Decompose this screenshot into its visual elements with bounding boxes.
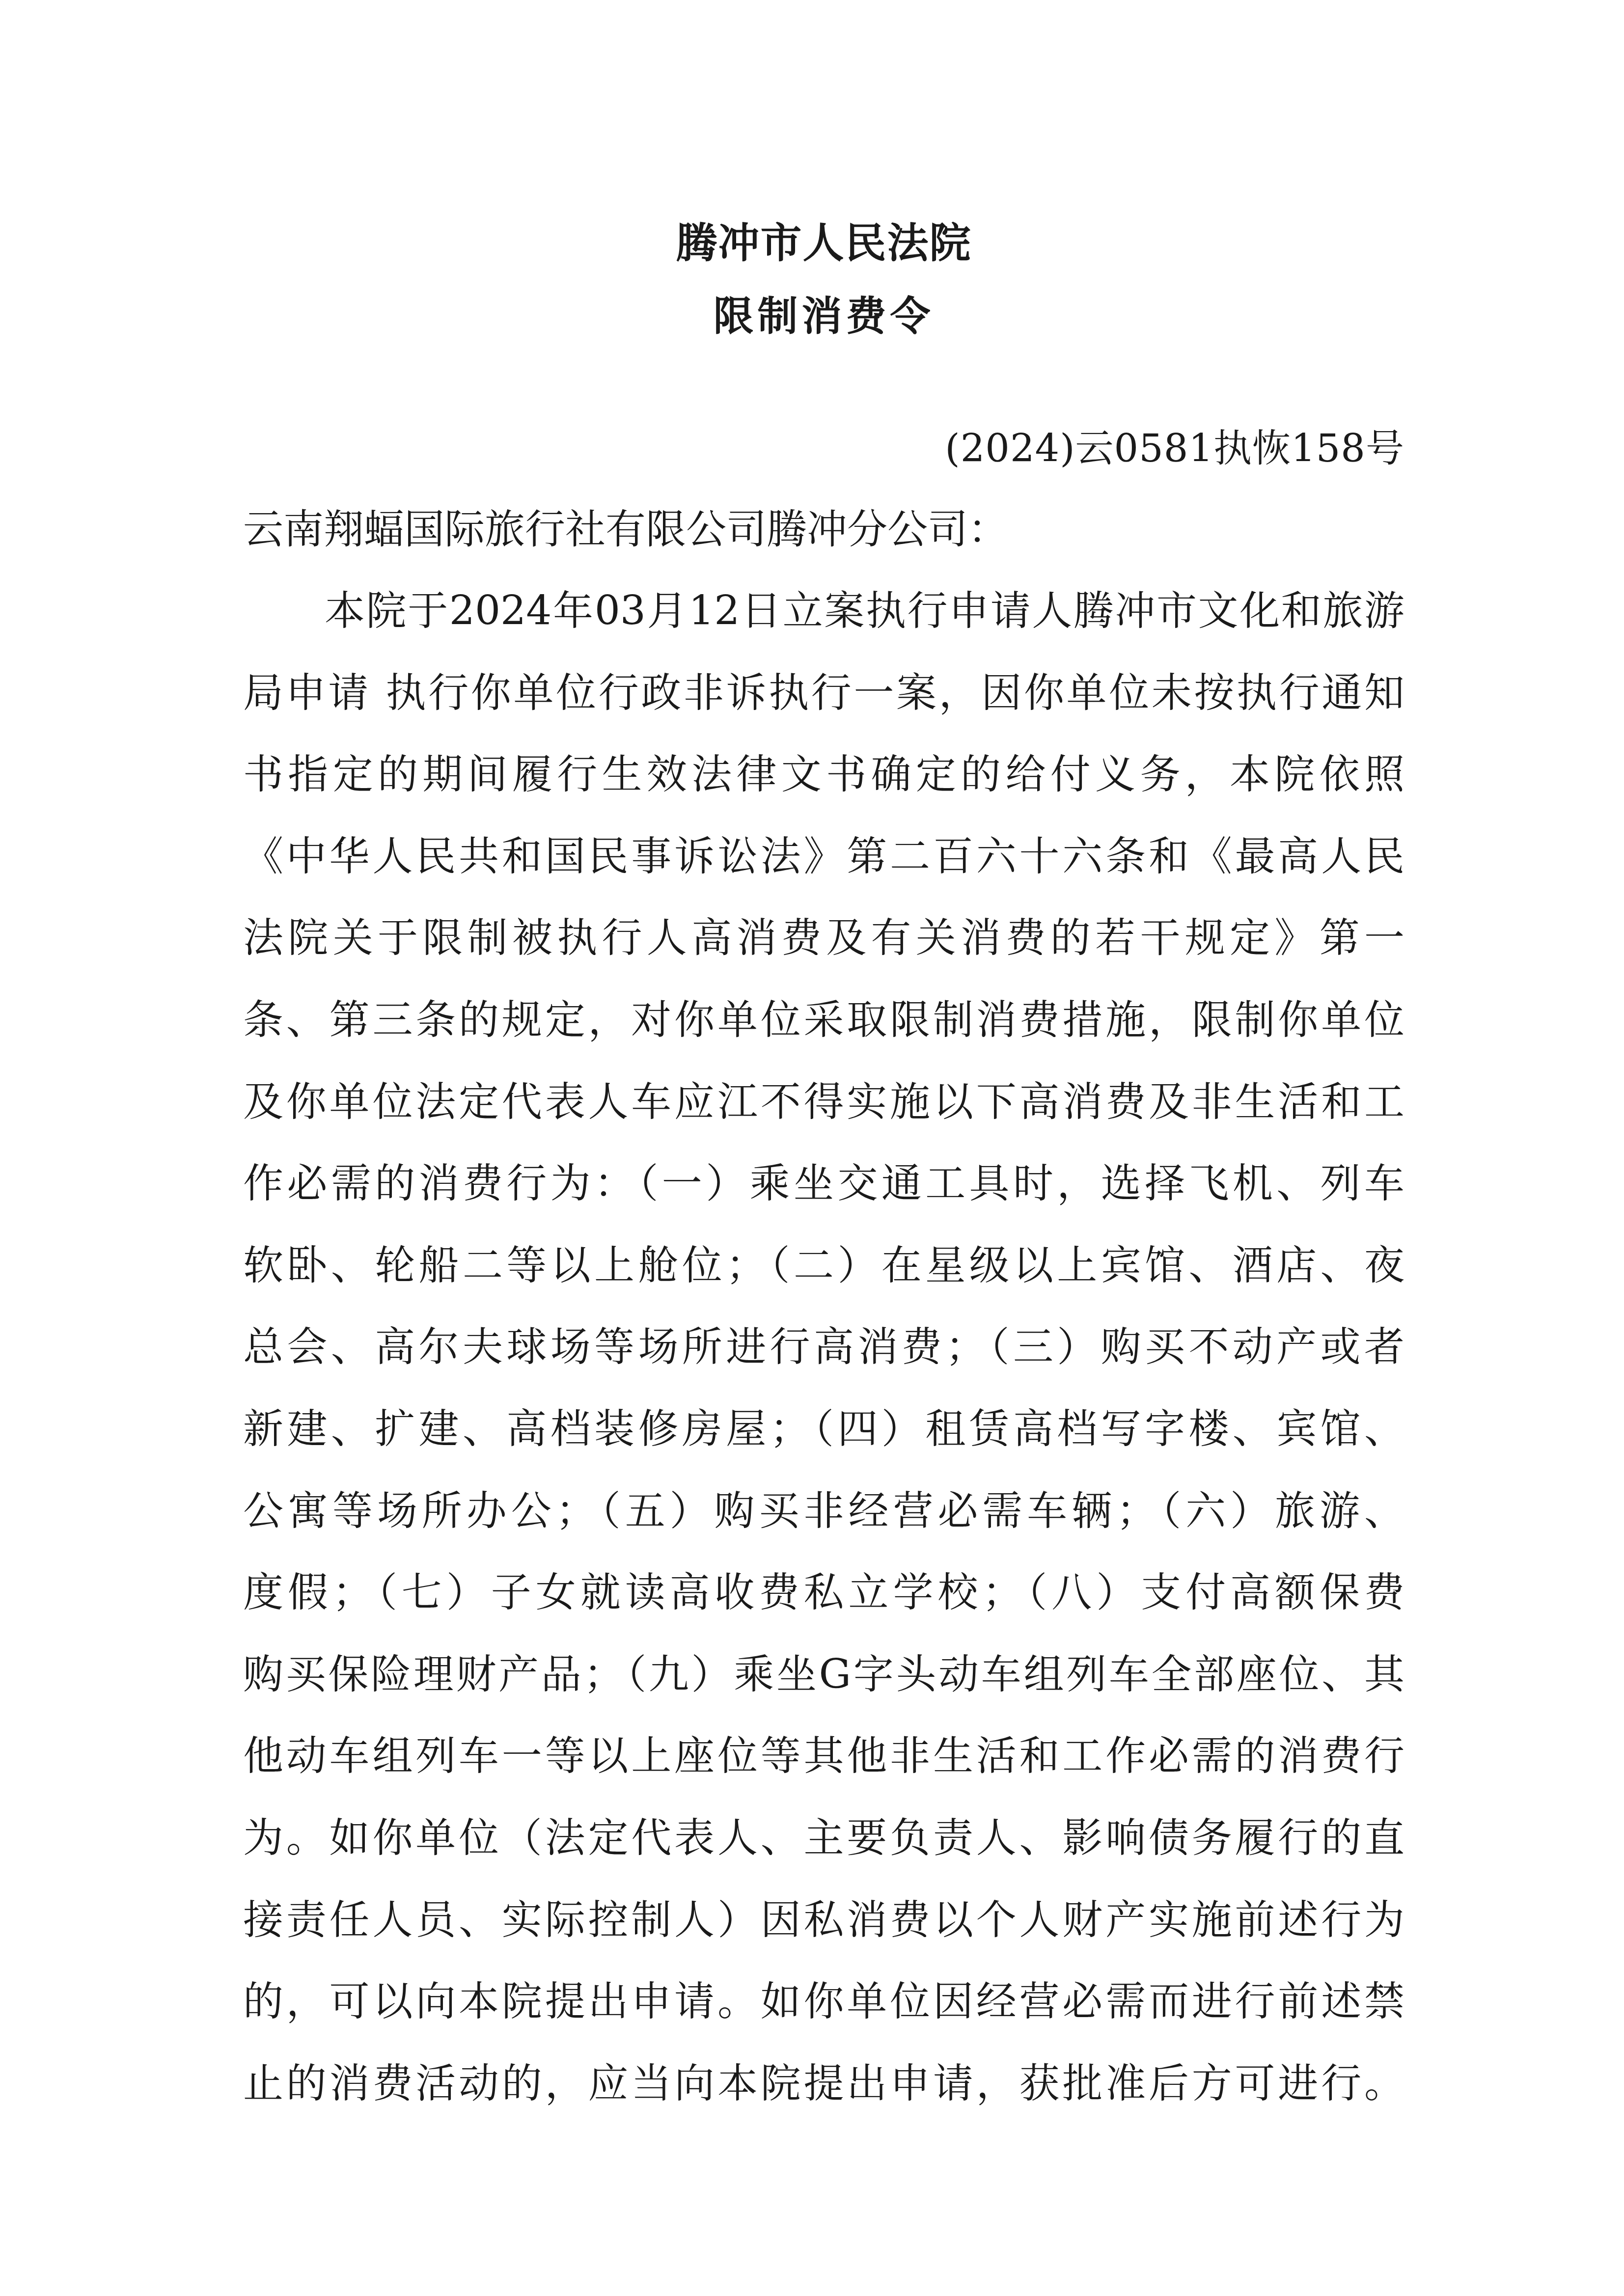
- body-line: 新建、扩建、高档装修房屋；（四）租赁高档写字楼、宾馆、: [243, 1389, 1404, 1471]
- body-line: 接责任人员、实际控制人）因私消费以个人财产实施前述行为: [243, 1880, 1404, 1962]
- body-line: 他动车组列车一等以上座位等其他非生活和工作必需的消费行: [243, 1716, 1404, 1798]
- body-line: 购买保险理财产品；（九）乘坐G字头动车组列车全部座位、其: [243, 1634, 1404, 1716]
- body-line: 止的消费活动的，应当向本院提出申请，获批准后方可进行。: [243, 2043, 1404, 2125]
- body-line: 度假；（七）子女就读高收费私立学校；（八）支付高额保费: [243, 1552, 1404, 1634]
- body-line: 法院关于限制被执行人高消费及有关消费的若干规定》第一: [243, 898, 1404, 980]
- court-name: 腾冲市人民法院: [243, 221, 1404, 265]
- body-line: 总会、高尔夫球场等场所进行高消费；（三）购买不动产或者: [243, 1307, 1404, 1389]
- body-line: 的，可以向本院提出申请。如你单位因经营必需而进行前述禁: [243, 1961, 1404, 2043]
- body-line: 书指定的期间履行生效法律文书确定的给付义务，本院依照: [243, 734, 1404, 816]
- body-line: 及你单位法定代表人车应江不得实施以下高消费及非生活和工: [243, 1062, 1404, 1144]
- body-line: 为。如你单位（法定代表人、主要负责人、影响债务履行的直: [243, 1798, 1404, 1880]
- body-line: 《中华人民共和国民事诉讼法》第二百六十六条和《最高人民: [243, 816, 1404, 898]
- case-number: (2024)云0581执恢158号: [243, 428, 1404, 469]
- body-line: 条、第三条的规定，对你单位采取限制消费措施，限制你单位: [243, 980, 1404, 1062]
- body-line: 软卧、轮船二等以上舱位；（二）在星级以上宾馆、酒店、夜: [243, 1225, 1404, 1307]
- addressee-line: 云南翔蝠国际旅行社有限公司腾冲分公司：: [243, 489, 1404, 571]
- document-page: 腾冲市人民法院 限制消费令 (2024)云0581执恢158号 云南翔蝠国际旅行…: [0, 0, 1624, 2296]
- document-body: 本院于2024年03月12日立案执行申请人腾冲市文化和旅游 局申请 执行你单位行…: [243, 571, 1404, 2125]
- body-line: 本院于2024年03月12日立案执行申请人腾冲市文化和旅游: [243, 571, 1404, 653]
- body-line: 局申请 执行你单位行政非诉执行一案，因你单位未按执行通知: [243, 653, 1404, 735]
- body-line: 公寓等场所办公；（五）购买非经营必需车辆；（六）旅游、: [243, 1471, 1404, 1553]
- document-title: 限制消费令: [243, 295, 1404, 338]
- body-line: 作必需的消费行为：（一）乘坐交通工具时，选择飞机、列车: [243, 1143, 1404, 1225]
